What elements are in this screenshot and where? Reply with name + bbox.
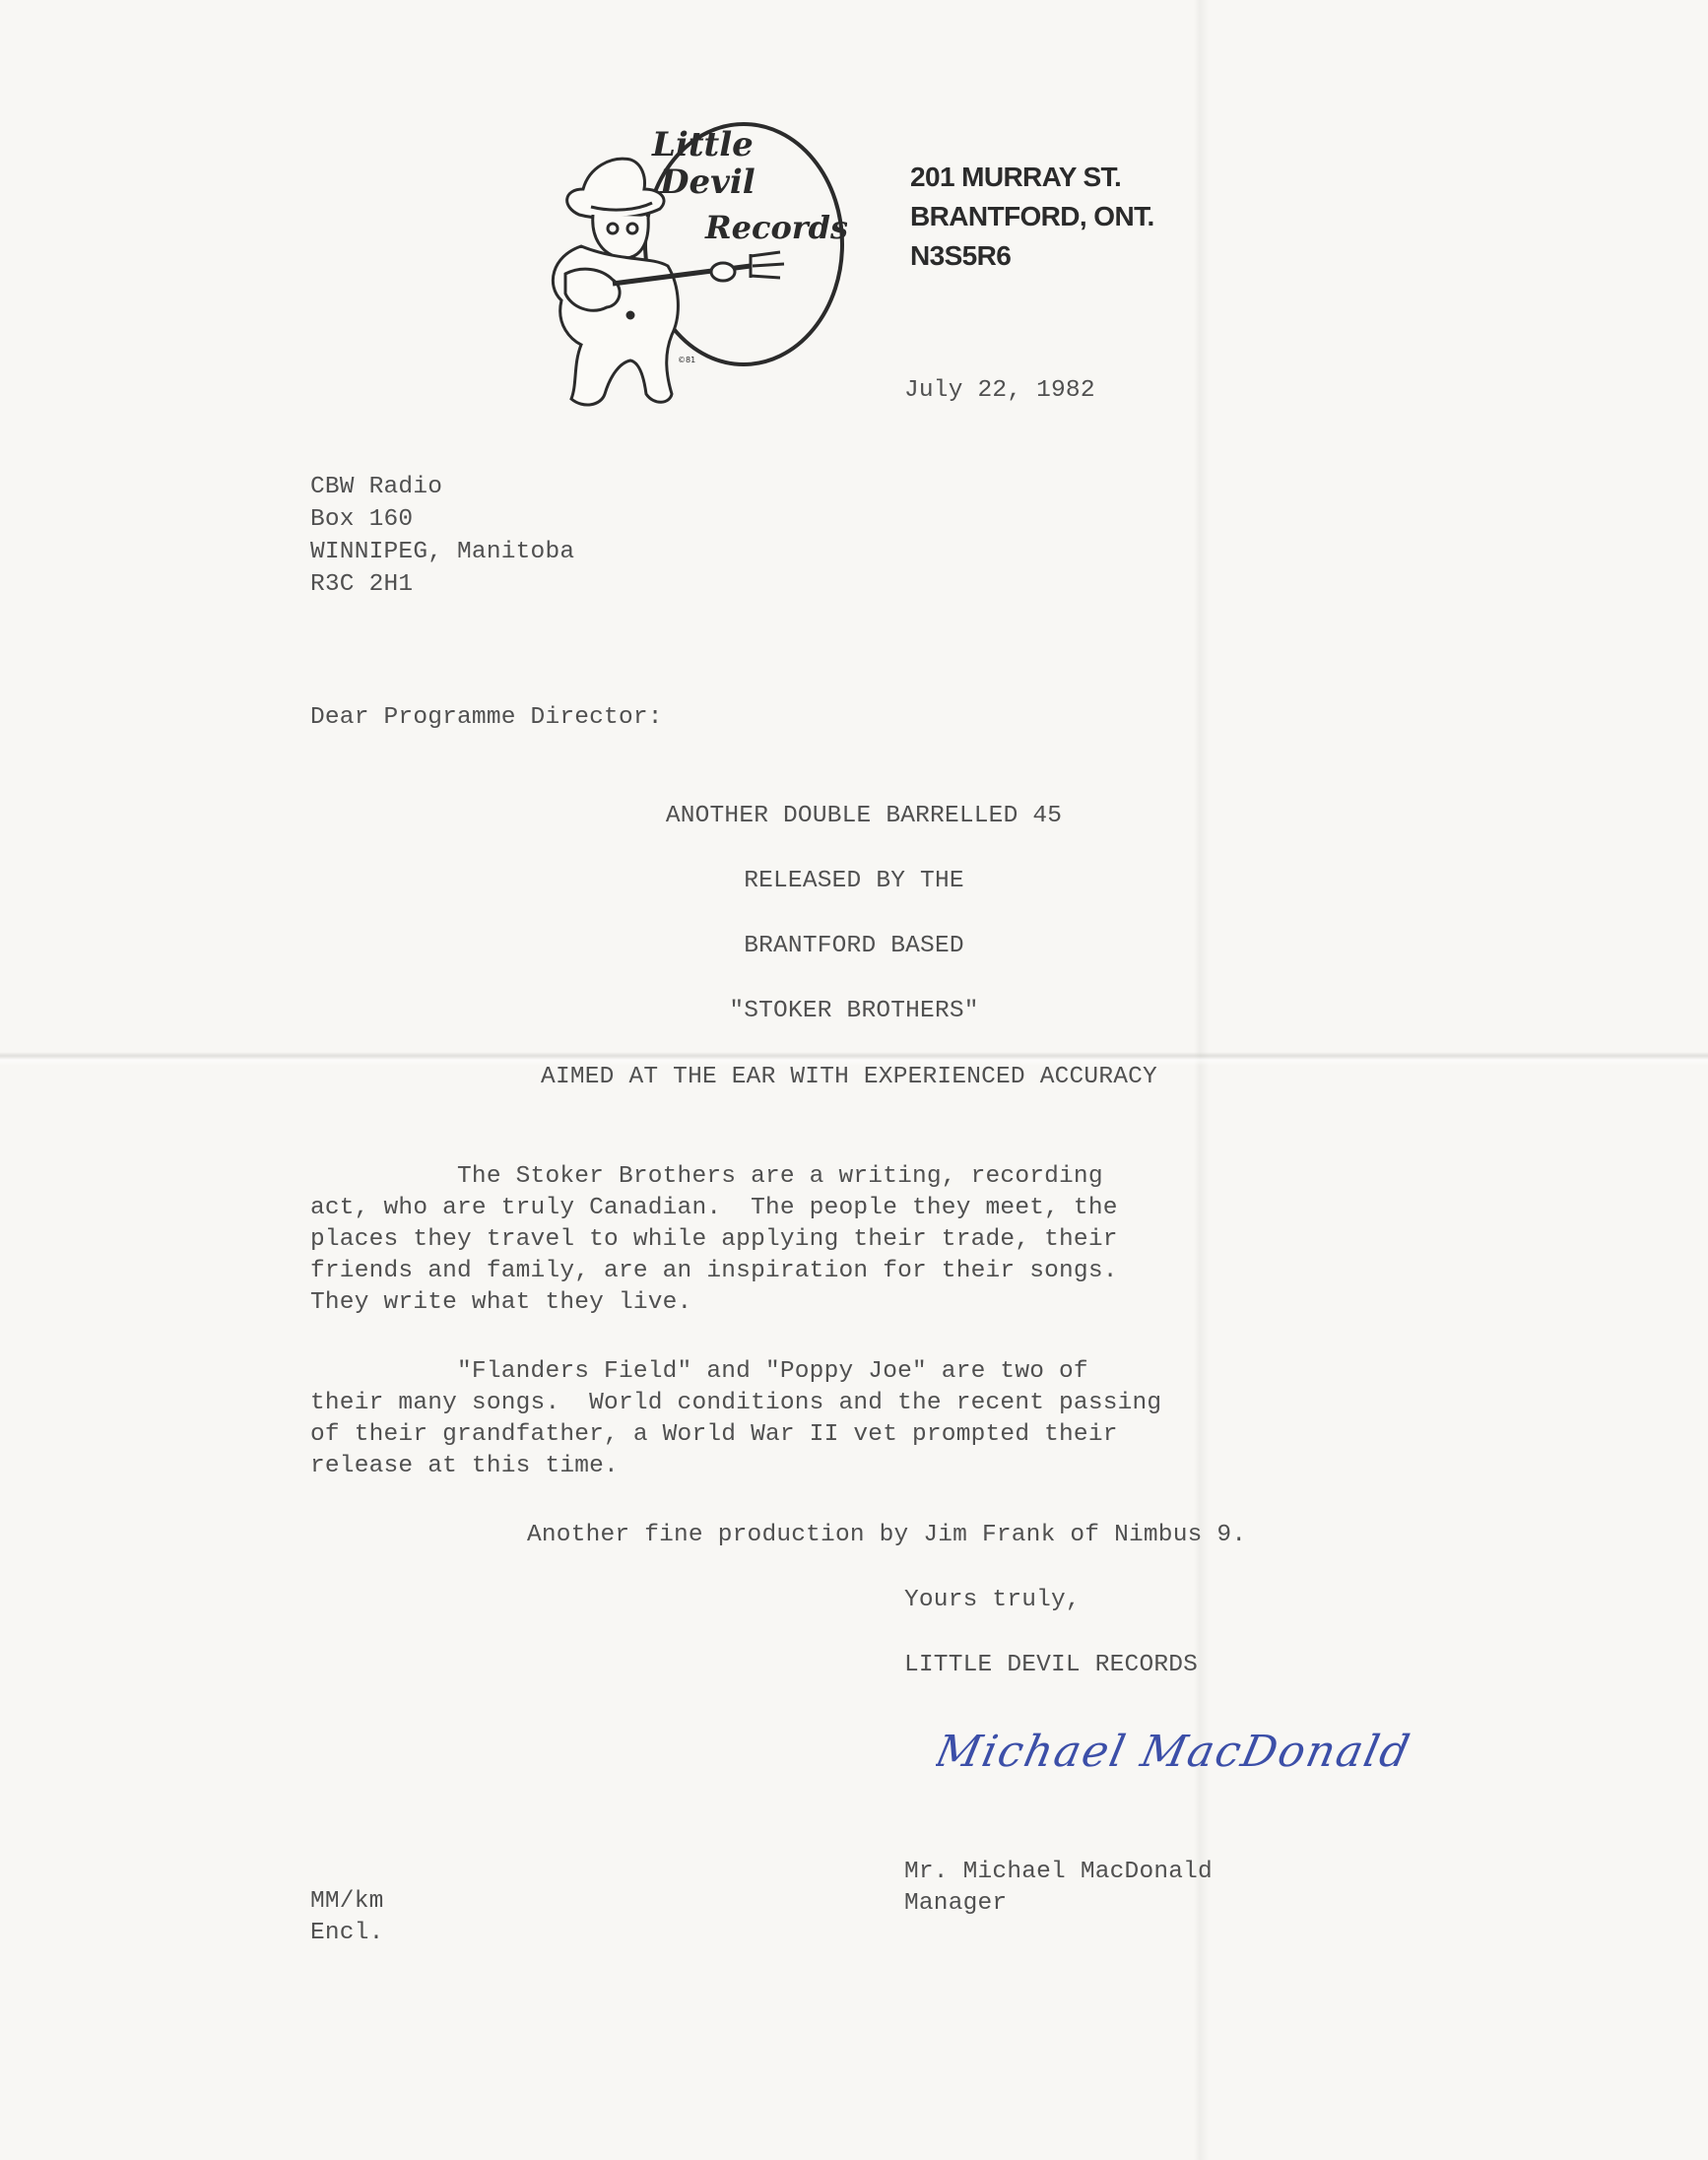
- logo-text-little: Little: [651, 125, 754, 164]
- signer-title: Manager: [904, 1887, 1007, 1920]
- body-line: "Flanders Field" and "Poppy Joe" are two…: [310, 1355, 1088, 1388]
- body-line: of their grandfather, a World War II vet…: [310, 1418, 1118, 1451]
- copyright-mark: ©81: [678, 356, 695, 364]
- letter-date: July 22, 1982: [904, 374, 1095, 407]
- recipient-line: Box 160: [310, 503, 413, 536]
- headline-line: BRANTFORD BASED: [0, 930, 1708, 962]
- logo-text-devil: Devil: [659, 163, 755, 202]
- body-line: their many songs. World conditions and t…: [310, 1387, 1161, 1419]
- body-paragraph-3: Another fine production by Jim Frank of …: [527, 1519, 1246, 1551]
- body-line: friends and family, are an inspiration f…: [310, 1255, 1118, 1287]
- letterhead-address-street: 201 MURRAY ST.: [910, 158, 1121, 197]
- headline-line: "STOKER BROTHERS": [0, 995, 1708, 1027]
- letterhead-address-postal: N3S5R6: [910, 236, 1011, 276]
- reference-initials: MM/km: [310, 1885, 384, 1918]
- enclosure-note: Encl.: [310, 1917, 384, 1949]
- headline-line: AIMED AT THE EAR WITH EXPERIENCED ACCURA…: [0, 1061, 1703, 1093]
- signature-text: Michael MacDonald: [936, 1727, 1415, 1776]
- recipient-line: R3C 2H1: [310, 568, 413, 601]
- handwritten-signature: Michael MacDonald: [936, 1709, 1448, 1788]
- body-line: release at this time.: [310, 1450, 619, 1482]
- headline-line: RELEASED BY THE: [0, 865, 1708, 897]
- recipient-line: WINNIPEG, Manitoba: [310, 536, 574, 568]
- little-devil-records-logo: Little Devil Records ©81: [522, 98, 847, 414]
- letterhead-address-city: BRANTFORD, ONT.: [910, 197, 1154, 236]
- logo-text-records: Records: [704, 209, 847, 246]
- body-line: They write what they live.: [310, 1286, 691, 1319]
- closing-company: LITTLE DEVIL RECORDS: [904, 1649, 1198, 1681]
- body-line: The Stoker Brothers are a writing, recor…: [310, 1160, 1103, 1193]
- salutation: Dear Programme Director:: [310, 701, 663, 734]
- headline-line: ANOTHER DOUBLE BARRELLED 45: [10, 800, 1708, 832]
- body-line: act, who are truly Canadian. The people …: [310, 1192, 1118, 1224]
- signer-name: Mr. Michael MacDonald: [904, 1856, 1213, 1888]
- body-line: places they travel to while applying the…: [310, 1223, 1118, 1256]
- complimentary-close: Yours truly,: [904, 1584, 1081, 1616]
- recipient-line: CBW Radio: [310, 471, 442, 503]
